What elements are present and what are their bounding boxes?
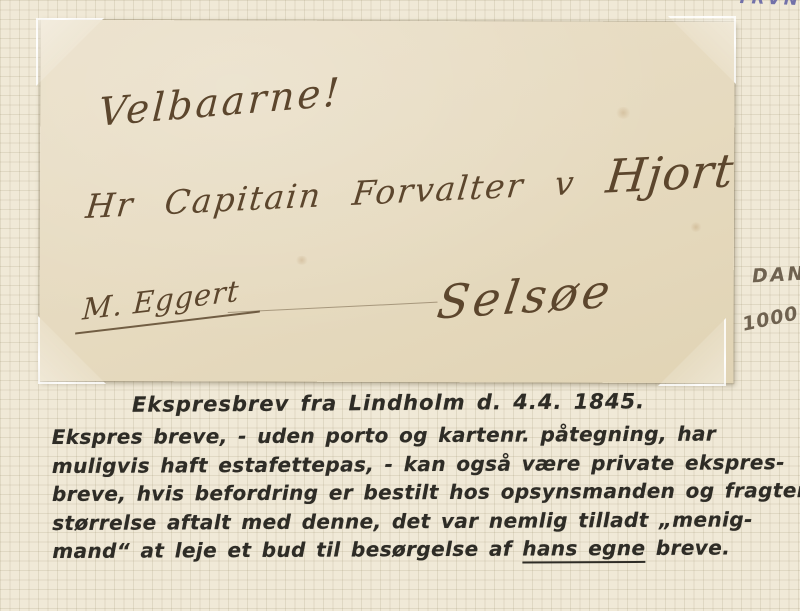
description-line-5: mand“ at leje et bud til besørgelse af h… <box>52 533 800 566</box>
margin-note-number: 1000 <box>740 302 800 335</box>
cover-addressee-name: Hjort <box>604 143 737 204</box>
cover-signature: M. Eggert <box>75 271 262 335</box>
description-line-5-prefix: mand“ at leje et bud til besørgelse af <box>52 537 522 563</box>
foxing-spot <box>295 256 309 265</box>
foxing-spot <box>690 222 702 232</box>
caption: Ekspresbrev fra Lindholm d. 4.4. 1845. <box>132 389 645 417</box>
margin-note-country: DAN <box>751 263 800 288</box>
cover-salutation: Velbaarne! <box>98 70 344 136</box>
cover-destination: Selsøe <box>434 263 617 329</box>
cover-address-prefix: Hr Capitain Forvalter v <box>84 163 578 226</box>
cover-address-line: Hr Capitain Forvalter v Hjort <box>83 143 736 229</box>
album-page: Velbaarne! Hr Capitain Forvalter v Hjort… <box>0 0 800 611</box>
underlined-phrase: hans egne <box>522 536 645 564</box>
corner-note: TRVN <box>737 0 800 10</box>
foxing-spot <box>615 107 631 119</box>
description-line-3: breve, hvis befordring er bestilt hos op… <box>52 476 800 509</box>
description-line-4: størrelse aftalt med denne, det var neml… <box>52 504 800 537</box>
description-line-1: Ekspres breve, - uden porto og kartenr. … <box>52 419 800 452</box>
description-line-5-suffix: breve. <box>645 535 730 559</box>
description-line-2: muligvis haft estafettepas, - kan også v… <box>52 447 800 480</box>
description-block: Ekspres breve, - uden porto og kartenr. … <box>52 419 800 566</box>
mounted-cover: Velbaarne! Hr Capitain Forvalter v Hjort… <box>39 20 734 383</box>
